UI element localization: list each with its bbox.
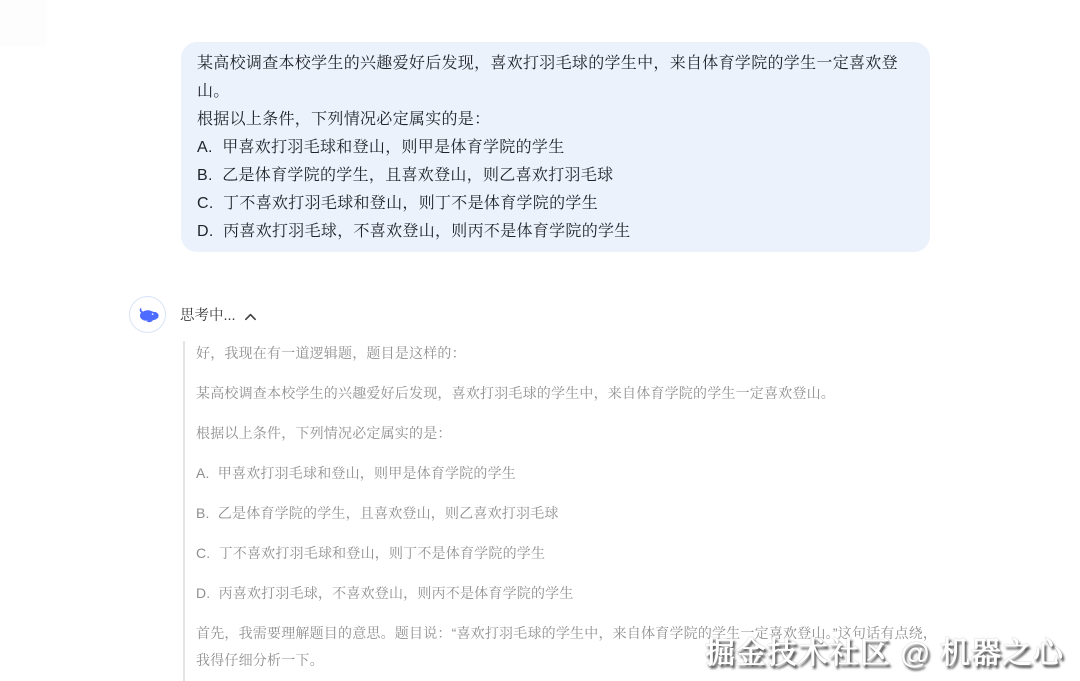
chat-page: 某高校调查本校学生的兴趣爱好后发现，喜欢打羽毛球的学生中，来自体育学院的学生一定…	[0, 0, 1080, 681]
avatar	[129, 296, 166, 333]
thinking-line-option-d: D. 丙喜欢打羽毛球，不喜欢登山，则丙不是体育学院的学生	[196, 580, 1036, 607]
user-message-bubble: 某高校调查本校学生的兴趣爱好后发现，喜欢打羽毛球的学生中，来自体育学院的学生一定…	[181, 42, 930, 252]
chevron-up-icon	[244, 312, 257, 321]
thinking-status-label: 思考中...	[180, 304, 236, 328]
thinking-line-option-c: C. 丁不喜欢打羽毛球和登山，则丁不是体育学院的学生	[196, 540, 1036, 567]
user-message-option-a: A. 甲喜欢打羽毛球和登山，则甲是体育学院的学生	[197, 134, 914, 162]
deepseek-whale-icon	[135, 302, 160, 327]
user-message-line: 某高校调查本校学生的兴趣爱好后发现，喜欢打羽毛球的学生中，来自体育学院的学生一定…	[197, 50, 914, 78]
thinking-toggle[interactable]: 思考中...	[180, 304, 257, 328]
user-message-option-d: D. 丙喜欢打羽毛球，不喜欢登山，则丙不是体育学院的学生	[197, 218, 914, 246]
user-message-option-b: B. 乙是体育学院的学生，且喜欢登山，则乙喜欢打羽毛球	[197, 162, 914, 190]
thinking-line-option-b: B. 乙是体育学院的学生，且喜欢登山，则乙喜欢打羽毛球	[196, 500, 1036, 527]
thinking-line: 根据以上条件，下列情况必定属实的是：	[196, 420, 1036, 447]
thinking-content: 好，我现在有一道逻辑题，题目是这样的： 某高校调查本校学生的兴趣爱好后发现，喜欢…	[196, 340, 1036, 674]
thinking-line: 某高校调查本校学生的兴趣爱好后发现，喜欢打羽毛球的学生中，来自体育学院的学生一定…	[196, 380, 1036, 407]
user-message-line: 根据以上条件，下列情况必定属实的是：	[197, 106, 914, 134]
user-message-line: 山。	[197, 78, 914, 106]
corner-artifact	[0, 0, 47, 47]
thinking-line-option-a: A. 甲喜欢打羽毛球和登山，则甲是体育学院的学生	[196, 460, 1036, 487]
user-message-option-c: C. 丁不喜欢打羽毛球和登山，则丁不是体育学院的学生	[197, 190, 914, 218]
watermark: 掘金技术社区 @ 机器之心	[705, 628, 1064, 672]
thinking-quote-bar	[183, 341, 185, 681]
thinking-line: 好，我现在有一道逻辑题，题目是这样的：	[196, 340, 1036, 367]
